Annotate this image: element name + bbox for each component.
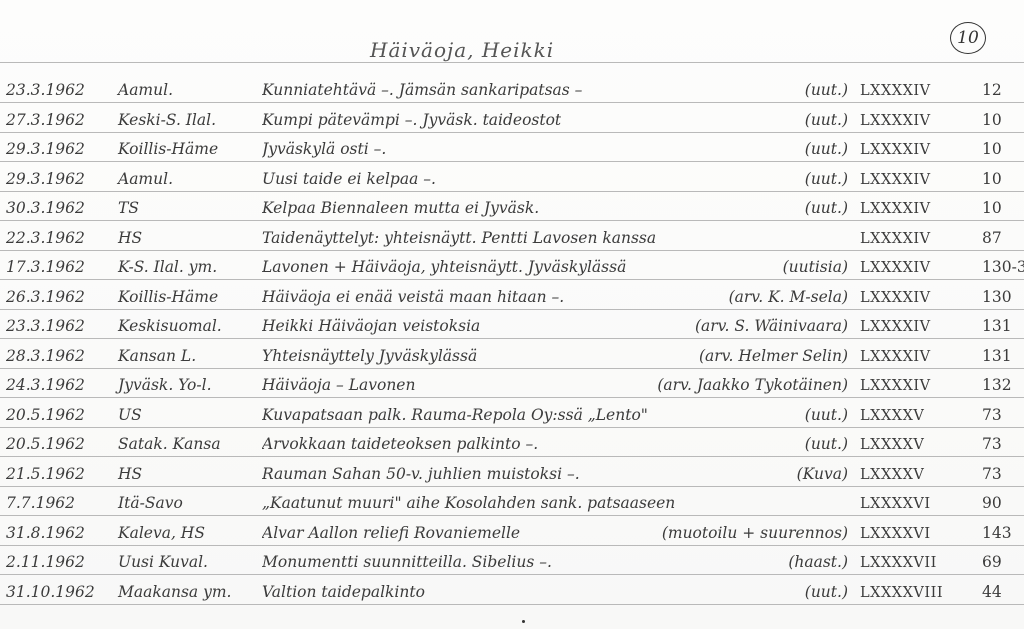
entry-source: Aamul. [118, 170, 173, 188]
entry-date: 31.10.1962 [6, 583, 95, 601]
entry-source: Kansan L. [118, 347, 196, 365]
entry-row: 20.5.1962 US Kuvapatsaan palk. Rauma-Rep… [0, 401, 1024, 427]
entry-date: 22.3.1962 [6, 229, 85, 247]
entry-page: 73 [982, 406, 1002, 424]
entry-source: Keski-S. Ilal. [118, 111, 216, 129]
ruled-line [0, 309, 1024, 310]
entry-date: 28.3.1962 [6, 347, 85, 365]
entry-note: (uut.) [805, 199, 848, 217]
entry-description: Häiväoja – Lavonen [262, 376, 415, 394]
entry-row: 29.3.1962 Aamul. Uusi taide ei kelpaa –.… [0, 165, 1024, 191]
entry-note: (arv. S. Wäinivaara) [695, 317, 848, 335]
entry-source: HS [118, 229, 142, 247]
ruled-line [0, 338, 1024, 339]
ruled-line [0, 161, 1024, 162]
ruled-line [0, 279, 1024, 280]
entry-page: 10 [982, 140, 1002, 158]
entry-page: 44 [982, 583, 1002, 601]
entry-note: (uut.) [805, 140, 848, 158]
entry-source: Satak. Kansa [118, 435, 221, 453]
entry-volume: LXXXXIV [860, 231, 931, 247]
entry-page: 143 [982, 524, 1012, 542]
entry-row: 29.3.1962 Koillis-Häme Jyväskylä osti –.… [0, 135, 1024, 161]
entry-volume: LXXXXIV [860, 290, 931, 306]
entry-page: 130 [982, 288, 1012, 306]
entry-description: Kelpaa Biennaleen mutta ei Jyväsk. [262, 199, 539, 217]
entry-row: 26.3.1962 Koillis-Häme Häiväoja ei enää … [0, 283, 1024, 309]
ruled-line [0, 397, 1024, 398]
entry-page: 69 [982, 553, 1002, 571]
entry-page: 131 [982, 317, 1012, 335]
entry-date: 2.11.1962 [6, 553, 85, 571]
entry-source: Keskisuomal. [118, 317, 222, 335]
entry-source: Maakansa ym. [118, 583, 231, 601]
entry-source: Jyväsk. Yo-l. [118, 376, 212, 394]
entry-date: 20.5.1962 [6, 406, 85, 424]
ruled-line [0, 132, 1024, 133]
entry-volume: LXXXXVII [860, 555, 937, 571]
ruled-line [0, 191, 1024, 192]
entry-date: 17.3.1962 [6, 258, 85, 276]
ruled-line [0, 545, 1024, 546]
ruled-line [0, 250, 1024, 251]
card-title: Häiväoja, Heikki [370, 38, 554, 62]
entry-note: (arv. Jaakko Tykotäinen) [657, 376, 848, 394]
entry-volume: LXXXXVIII [860, 585, 943, 601]
entry-source: Kaleva, HS [118, 524, 205, 542]
entry-row: 23.3.1962 Keskisuomal. Heikki Häiväojan … [0, 312, 1024, 338]
entry-description: Kuvapatsaan palk. Rauma-Repola Oy:ssä „L… [262, 406, 648, 424]
entry-description: Yhteisnäyttely Jyväskylässä [262, 347, 477, 365]
entry-volume: LXXXXIV [860, 142, 931, 158]
entry-source: TS [118, 199, 139, 217]
entry-page: 130-32 [982, 258, 1024, 276]
entry-date: 31.8.1962 [6, 524, 85, 542]
entry-row: 24.3.1962 Jyväsk. Yo-l. Häiväoja – Lavon… [0, 371, 1024, 397]
entry-row: 22.3.1962 HS Taidenäyttelyt: yhteisnäytt… [0, 224, 1024, 250]
entry-volume: LXXXXIV [860, 260, 931, 276]
entry-source: Koillis-Häme [118, 140, 218, 158]
entry-row: 27.3.1962 Keski-S. Ilal. Kumpi pätevämpi… [0, 106, 1024, 132]
entry-note: (uut.) [805, 406, 848, 424]
entry-note: (Kuva) [797, 465, 848, 483]
entry-page: 10 [982, 170, 1002, 188]
entry-note: (haast.) [788, 553, 848, 571]
ruled-line [0, 102, 1024, 103]
entry-page: 132 [982, 376, 1012, 394]
entry-note: (uut.) [805, 170, 848, 188]
entry-note: (uut.) [805, 111, 848, 129]
ruled-line [0, 604, 1024, 605]
entry-row: 20.5.1962 Satak. Kansa Arvokkaan taidete… [0, 430, 1024, 456]
entry-date: 23.3.1962 [6, 81, 85, 99]
entry-volume: LXXXXIV [860, 83, 931, 99]
entry-note: (arv. K. M-sela) [729, 288, 848, 306]
entry-description: Arvokkaan taideteoksen palkinto –. [262, 435, 538, 453]
entry-note: (arv. Helmer Selin) [699, 347, 848, 365]
entry-date: 24.3.1962 [6, 376, 85, 394]
entry-volume: LXXXXIV [860, 172, 931, 188]
entry-description: Rauman Sahan 50-v. juhlien muistoksi –. [262, 465, 580, 483]
entry-row: 23.3.1962 Aamul. Kunniatehtävä –. Jämsän… [0, 76, 1024, 102]
entry-description: Taidenäyttelyt: yhteisnäytt. Pentti Lavo… [262, 229, 656, 247]
entry-description: Uusi taide ei kelpaa –. [262, 170, 436, 188]
ruled-line [0, 515, 1024, 516]
entry-description: Lavonen + Häiväoja, yhteisnäytt. Jyväsky… [262, 258, 626, 276]
entry-note: (uut.) [805, 583, 848, 601]
entry-volume: LXXXXIV [860, 349, 931, 365]
entry-note: (uut.) [805, 435, 848, 453]
entry-row: 17.3.1962 K-S. Ilal. ym. Lavonen + Häivä… [0, 253, 1024, 279]
entry-volume: LXXXXVI [860, 526, 931, 542]
entry-volume: LXXXXIV [860, 113, 931, 129]
entry-page: 131 [982, 347, 1012, 365]
entry-volume: LXXXXV [860, 408, 924, 424]
entry-date: 7.7.1962 [6, 494, 75, 512]
entry-volume: LXXXXIV [860, 319, 931, 335]
ruled-line [0, 220, 1024, 221]
entry-date: 23.3.1962 [6, 317, 85, 335]
ruled-line [0, 456, 1024, 457]
entry-source: Uusi Kuval. [118, 553, 208, 571]
ruled-line [0, 62, 1024, 63]
entry-description: Monumentti suunnitteilla. Sibelius –. [262, 553, 552, 571]
entry-volume: LXXXXV [860, 437, 924, 453]
entry-description: Heikki Häiväojan veistoksia [262, 317, 480, 335]
entry-description: Jyväskylä osti –. [262, 140, 386, 158]
entry-row: 31.10.1962 Maakansa ym. Valtion taidepal… [0, 578, 1024, 604]
entry-description: Häiväoja ei enää veistä maan hitaan –. [262, 288, 564, 306]
ruled-line [0, 427, 1024, 428]
entry-date: 27.3.1962 [6, 111, 85, 129]
entry-source: Koillis-Häme [118, 288, 218, 306]
entry-description: Kumpi pätevämpi –. Jyväsk. taideostot [262, 111, 561, 129]
ruled-line [0, 574, 1024, 575]
entry-page: 73 [982, 435, 1002, 453]
entry-date: 26.3.1962 [6, 288, 85, 306]
entry-page: 73 [982, 465, 1002, 483]
entry-source: Itä-Savo [118, 494, 183, 512]
entry-date: 20.5.1962 [6, 435, 85, 453]
entry-date: 21.5.1962 [6, 465, 85, 483]
entry-page: 90 [982, 494, 1002, 512]
entry-description: Alvar Aallon reliefi Rovaniemelle [262, 524, 520, 542]
entry-note: (uut.) [805, 81, 848, 99]
entry-page: 12 [982, 81, 1002, 99]
ruled-line [0, 368, 1024, 369]
entry-description: Kunniatehtävä –. Jämsän sankaripatsas – [262, 81, 582, 99]
entry-page: 10 [982, 199, 1002, 217]
entry-source: Aamul. [118, 81, 173, 99]
entry-volume: LXXXXIV [860, 201, 931, 217]
entry-source: K-S. Ilal. ym. [118, 258, 217, 276]
entry-date: 29.3.1962 [6, 170, 85, 188]
entry-row: 30.3.1962 TS Kelpaa Biennaleen mutta ei … [0, 194, 1024, 220]
entry-volume: LXXXXVI [860, 496, 931, 512]
entry-page: 10 [982, 111, 1002, 129]
entry-row: 2.11.1962 Uusi Kuval. Monumentti suunnit… [0, 548, 1024, 574]
entry-description: „Kaatunut muuri" aihe Kosolahden sank. p… [262, 494, 675, 512]
entry-source: US [118, 406, 142, 424]
entry-volume: LXXXXV [860, 467, 924, 483]
entry-row: 21.5.1962 HS Rauman Sahan 50-v. juhlien … [0, 460, 1024, 486]
entry-date: 30.3.1962 [6, 199, 85, 217]
ruled-line [0, 486, 1024, 487]
archive-index-card: Häiväoja, Heikki 10 23.3.1962 Aamul. Kun… [0, 0, 1024, 629]
entry-date: 29.3.1962 [6, 140, 85, 158]
entry-row: 31.8.1962 Kaleva, HS Alvar Aallon relief… [0, 519, 1024, 545]
entry-description: Valtion taidepalkinto [262, 583, 425, 601]
entry-page: 87 [982, 229, 1002, 247]
entry-row: 7.7.1962 Itä-Savo „Kaatunut muuri" aihe … [0, 489, 1024, 515]
card-number-circle: 10 [950, 22, 986, 54]
entry-note: (uutisia) [783, 258, 848, 276]
ink-dot [522, 620, 525, 623]
entry-note: (muotoilu + suurennos) [662, 524, 848, 542]
entry-volume: LXXXXIV [860, 378, 931, 394]
entry-source: HS [118, 465, 142, 483]
entry-row: 28.3.1962 Kansan L. Yhteisnäyttely Jyväs… [0, 342, 1024, 368]
